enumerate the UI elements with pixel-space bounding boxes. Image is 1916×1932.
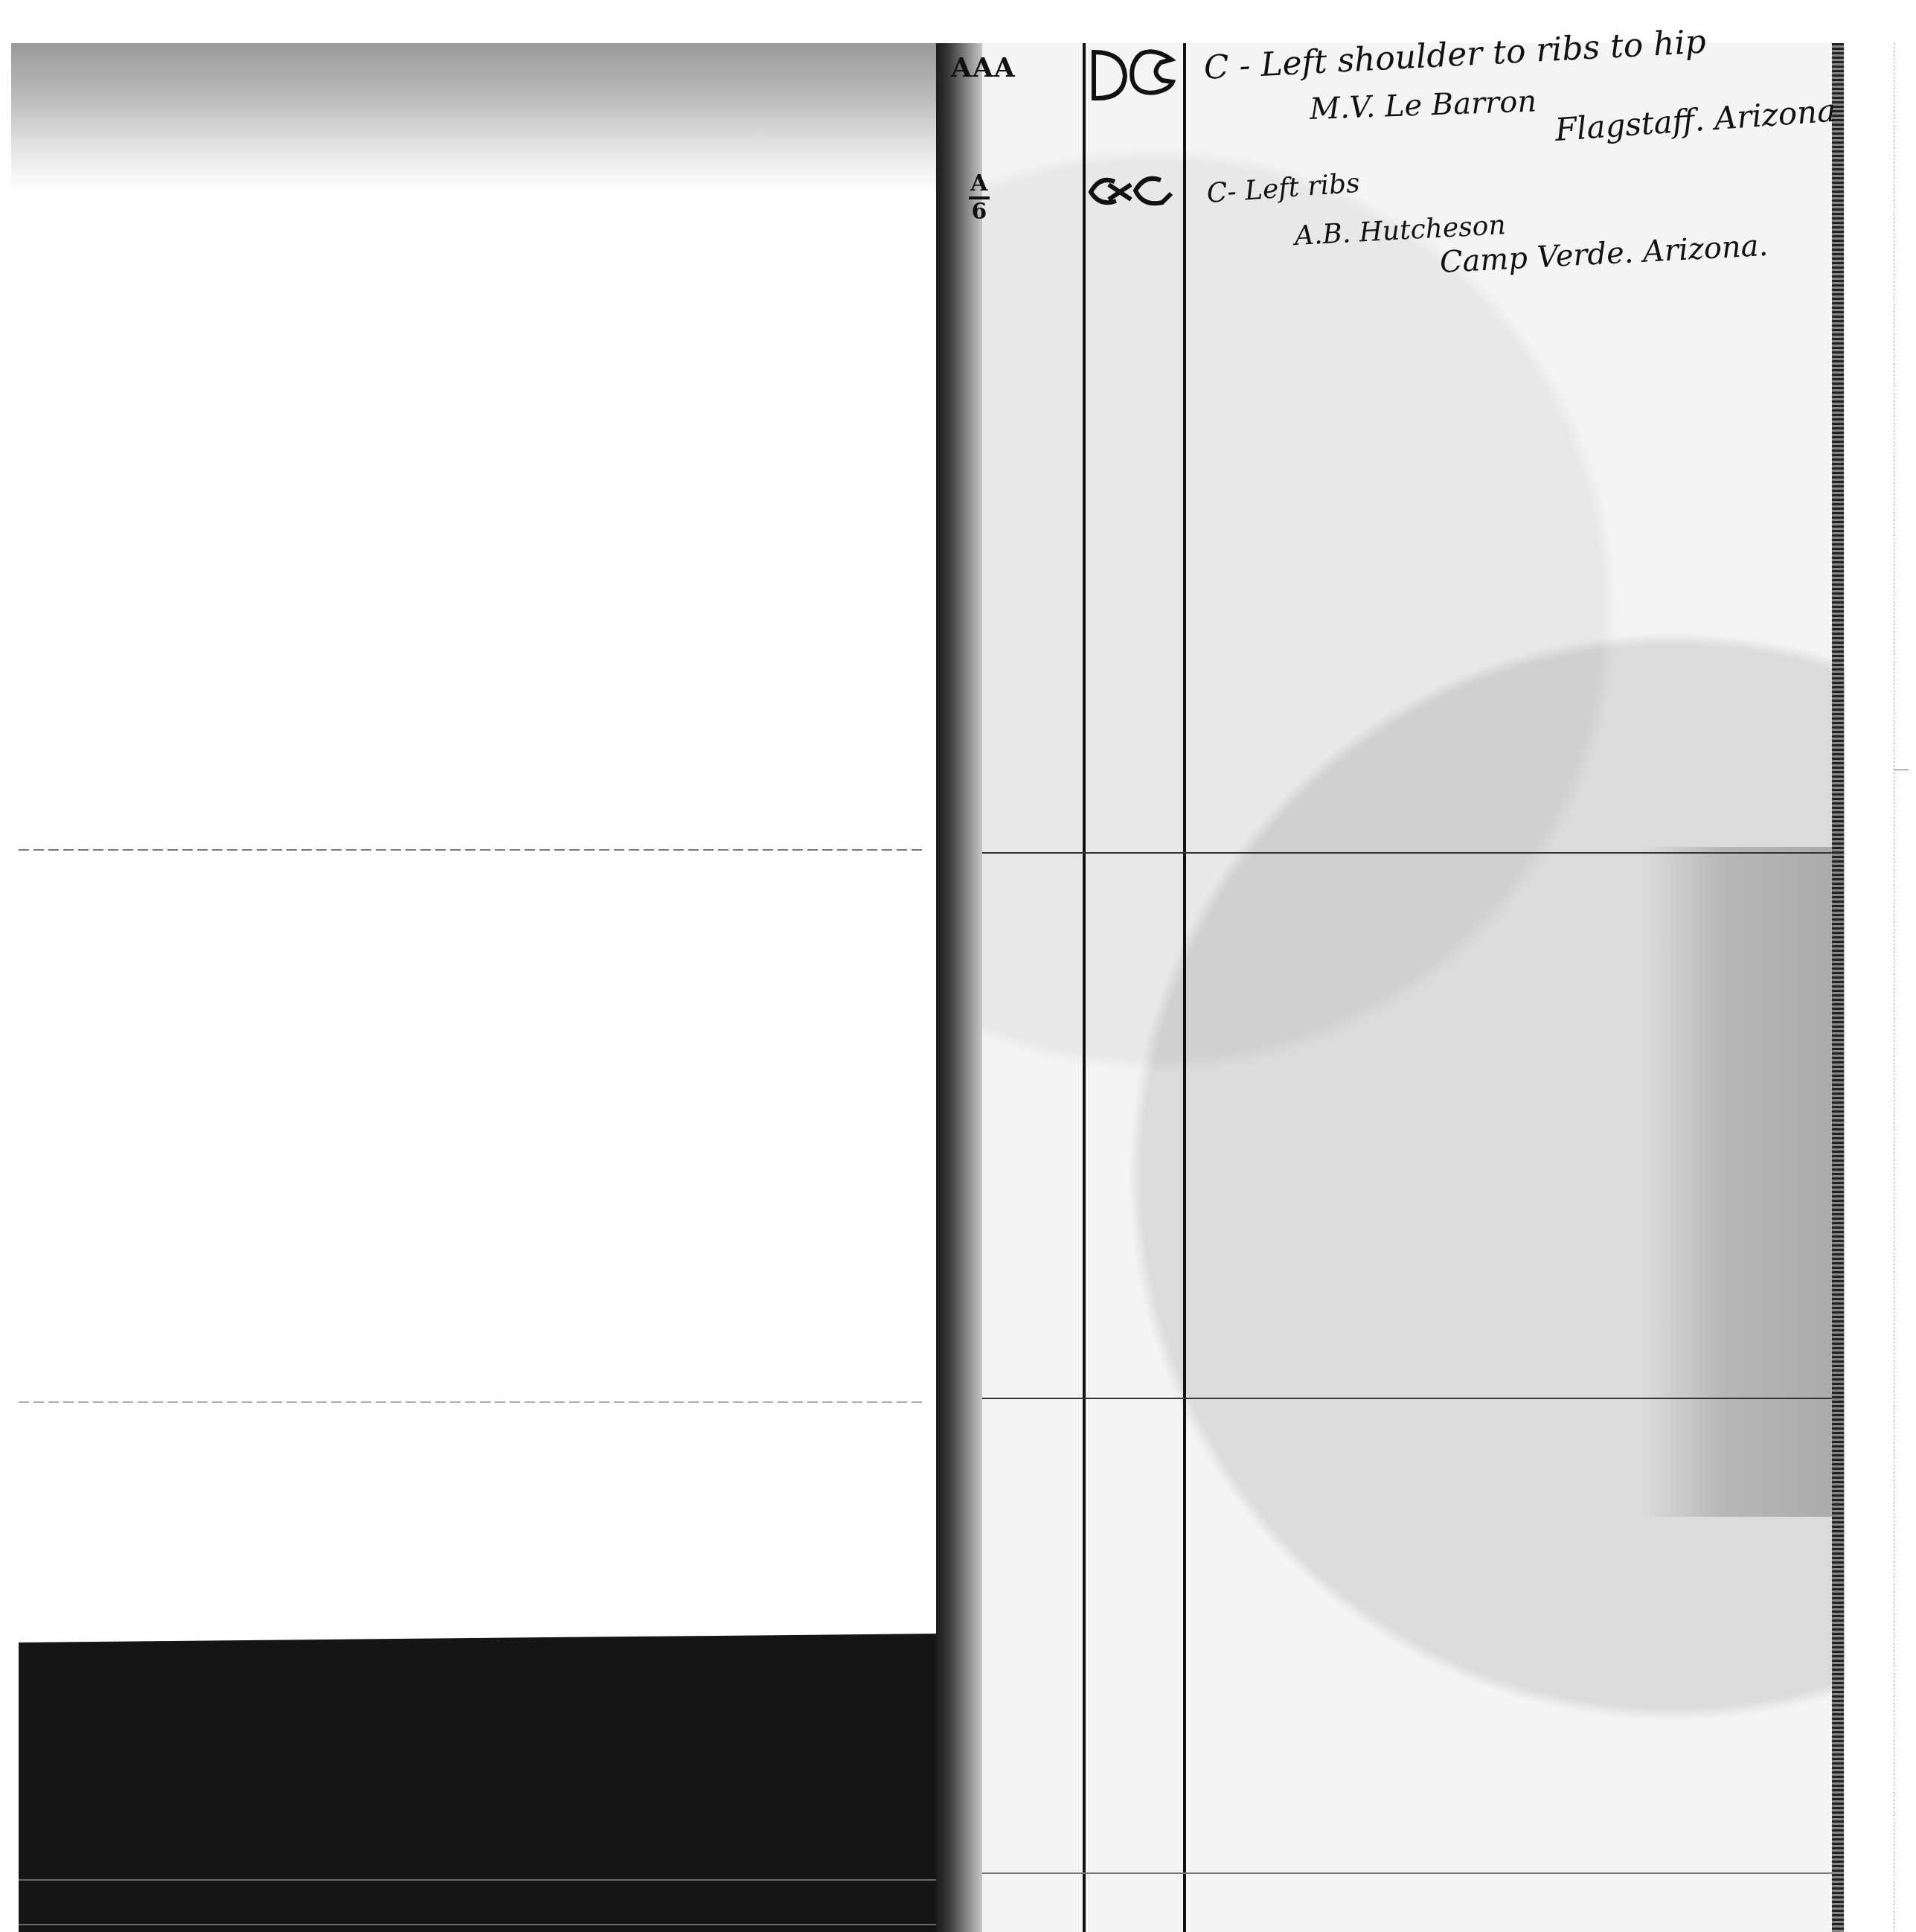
page-edge — [1832, 43, 1844, 1932]
entry-2-mark: A 6 — [969, 173, 990, 223]
left-page — [11, 43, 941, 1932]
dc-brand-icon — [1088, 46, 1177, 106]
left-page-rule — [19, 1401, 926, 1403]
column-divider-brand-description — [1183, 43, 1186, 1932]
row-divider — [982, 1398, 1838, 1399]
scan-shadow-top — [11, 43, 941, 192]
scan-edge-tick — [1894, 770, 1909, 770]
cxc-brand-icon — [1086, 171, 1176, 212]
row-divider — [982, 1872, 1838, 1874]
entry-2-mark-numerator: A — [969, 173, 990, 195]
right-page — [982, 43, 1845, 1932]
scan-shadow-right — [1644, 847, 1838, 1517]
row-divider — [982, 852, 1838, 854]
left-page-rule — [19, 849, 926, 851]
scanned-ledger-spread: AAA C - Left shoulder to ribs to hip M.V… — [0, 0, 1916, 1932]
entry-2-mark-denominator: 6 — [969, 201, 990, 223]
scan-artifact-line — [19, 1924, 941, 1925]
scan-black-area — [19, 1634, 941, 1932]
scan-edge-line — [1894, 43, 1894, 1932]
scan-artifact-line — [19, 1879, 941, 1881]
column-divider-mark-brand — [1083, 43, 1086, 1932]
entry-1-mark: AAA — [951, 52, 1016, 83]
